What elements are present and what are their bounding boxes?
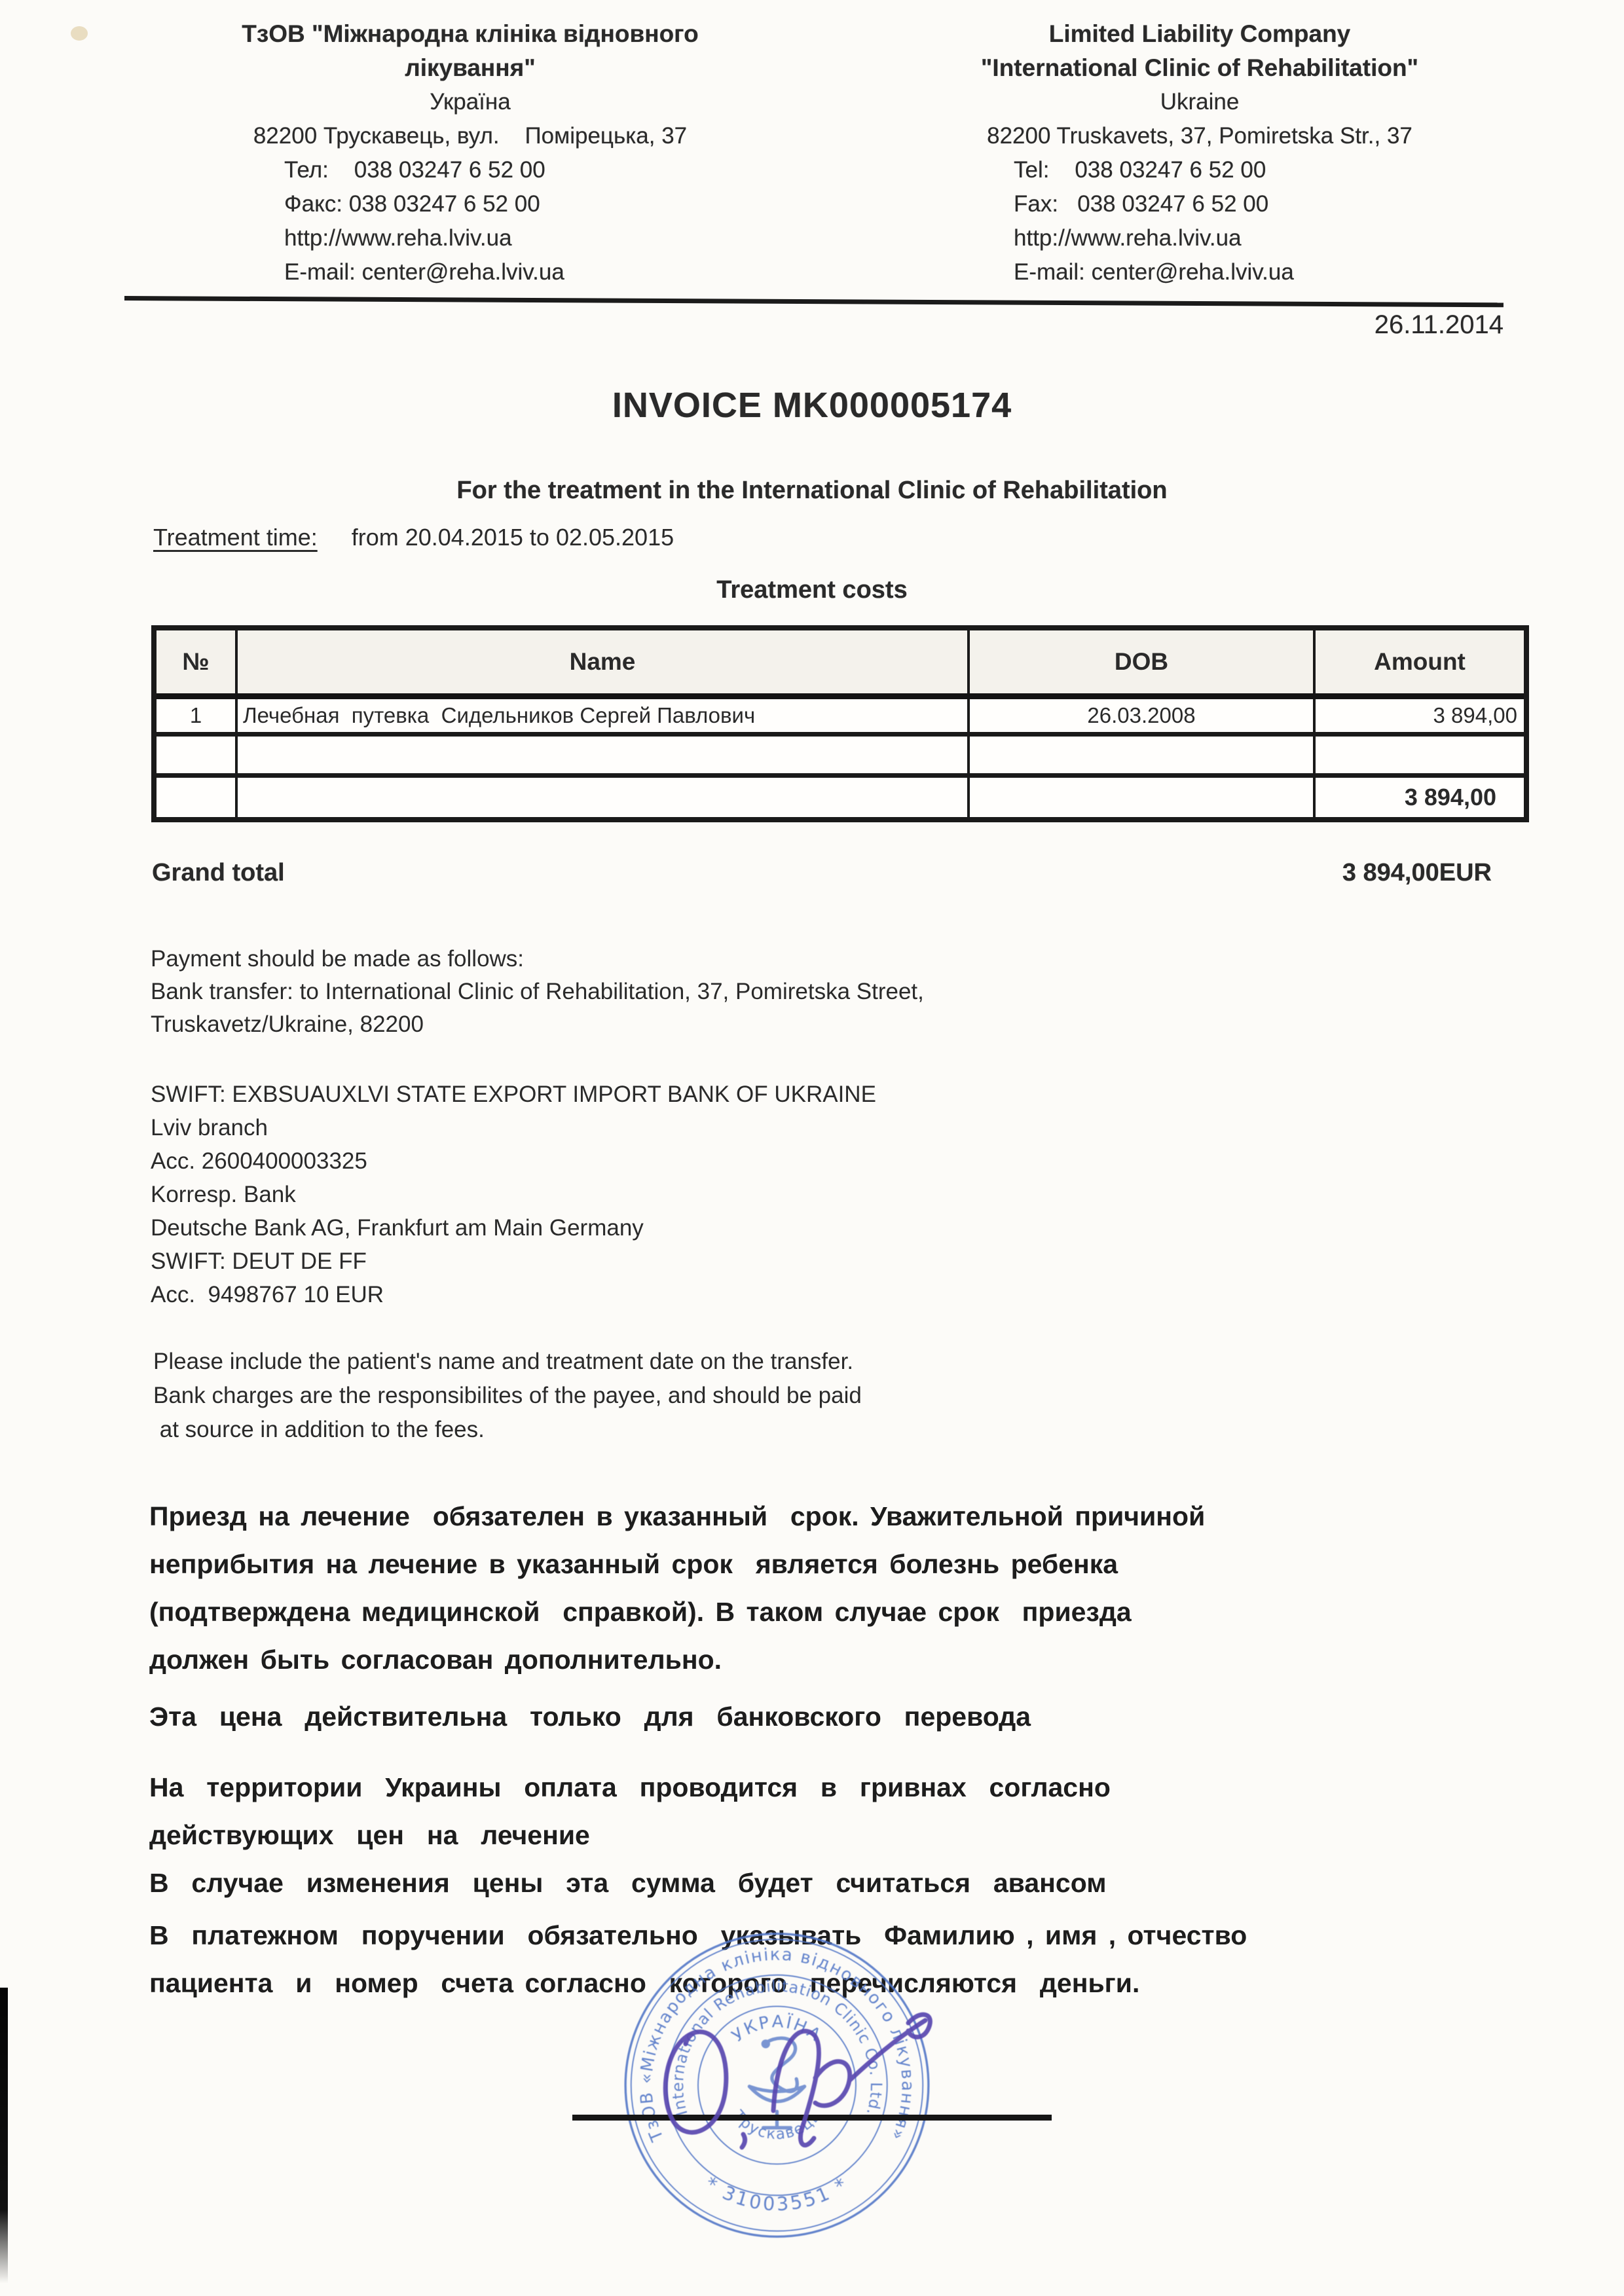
bank-detail-line: Acc. 9498767 10 EUR [151,1278,876,1311]
treatment-costs-caption: Treatment costs [0,576,1624,604]
col-header-name: Name [238,630,970,693]
terms-line: неприбытия на лечение в указанный срок я… [149,1540,1205,1588]
company-name-uk-line1: ТзОВ "Міжнародна клініка відновного [208,17,732,51]
header-divider [124,296,1504,307]
bank-detail-line: Lviv branch [151,1111,876,1144]
terms-paragraph-price: Эта цена действительна только для банков… [149,1693,1031,1741]
treatment-time-value: from 20.04.2015 to 02.05.2015 [352,524,674,551]
cell-amount [1316,737,1524,773]
bank-detail-line: SWIFT: DEUT DE FF [151,1245,876,1278]
phone-en: Tel: 038 03247 6 52 00 [1014,153,1294,187]
company-name-en-line1: Limited Liability Company [938,17,1462,51]
terms-paragraph-arrival: Приезд на лечение обязателен в указанный… [149,1493,1205,1684]
company-name-en-line2: "International Clinic of Rehabilitation" [938,51,1462,85]
table-row [157,737,1524,778]
cell-no [157,778,238,817]
website-en: http://www.reha.lviv.ua [1014,221,1294,255]
payment-line: Bank transfer: to International Clinic o… [151,975,924,1008]
terms-line: должен быть согласован дополнительно. [149,1636,1205,1684]
transfer-notes: Please include the patient's name and tr… [153,1345,862,1447]
cell-no: 1 [157,699,238,732]
treatment-costs-table: № Name DOB Amount 1 Лечебная путевка Сид… [151,625,1529,822]
scan-artifact-speck [71,26,88,41]
clinic-header-ukrainian: ТзОВ "Міжнародна клініка відновного ліку… [208,17,732,289]
scan-artifact-left-edge [0,1988,8,2284]
terms-paragraph-hryvnia: На территории Украины оплата проводится … [149,1764,1111,1859]
invoice-title: INVOICE MK000005174 [0,385,1624,426]
terms-line: На территории Украины оплата проводится … [149,1764,1111,1812]
terms-paragraph-advance: В случае изменения цены эта сумма будет … [149,1859,1107,1907]
bank-detail-line: SWIFT: EXBSUAUXLVI STATE EXPORT IMPORT B… [151,1078,876,1111]
terms-line: действующих цен на лечение [149,1812,1111,1859]
fax-en: Fax: 038 03247 6 52 00 [1014,187,1294,221]
payment-line: Truskavetz/Ukraine, 82200 [151,1008,924,1041]
company-name-uk-line2: лікування" [208,51,732,85]
terms-line: (подтверждена медицинской справкой). В т… [149,1588,1205,1636]
cell-name [238,778,970,817]
invoice-date: 26.11.2014 [1166,310,1504,340]
invoice-subtitle: For the treatment in the International C… [0,477,1624,505]
country-uk: Україна [208,85,732,119]
email-en: E-mail: center@reha.lviv.ua [1014,255,1294,289]
table-header-row: № Name DOB Amount [157,630,1524,699]
grand-total-label: Grand total [152,859,285,887]
fax-uk: Факс: 038 03247 6 52 00 [284,187,564,221]
cell-no [157,737,238,773]
note-line: Please include the patient's name and tr… [153,1345,862,1379]
treatment-time-label: Treatment time: [153,524,318,551]
grand-total-value: 3 894,00EUR [1153,859,1492,887]
bank-detail-line: Acc. 2600400003325 [151,1144,876,1178]
table-total-row: 3 894,00 [157,778,1524,817]
col-header-no: № [157,630,238,693]
note-line: Bank charges are the responsibilites of … [153,1379,862,1413]
address-uk: 82200 Трускавець, вул. Помірецька, 37 [208,119,732,153]
phone-uk: Тел: 038 03247 6 52 00 [284,153,564,187]
cell-dob: 26.03.2008 [970,699,1316,732]
note-line: at source in addition to the fees. [153,1413,862,1447]
bank-details: SWIFT: EXBSUAUXLVI STATE EXPORT IMPORT B… [151,1078,876,1311]
payment-line: Payment should be made as follows: [151,943,924,975]
website-uk: http://www.reha.lviv.ua [284,221,564,255]
address-en: 82200 Truskavets, 37, Pomiretska Str., 3… [938,119,1462,153]
cell-dob [970,778,1316,817]
cell-dob [970,737,1316,773]
col-header-dob: DOB [970,630,1316,693]
country-en: Ukraine [938,85,1462,119]
clinic-header-english: Limited Liability Company "International… [938,17,1462,289]
treatment-time-row: Treatment time:from 20.04.2015 to 02.05.… [153,524,674,551]
col-header-amount: Amount [1316,630,1524,693]
cell-name: Лечебная путевка Сидельников Сергей Павл… [238,699,970,732]
cell-amount: 3 894,00 [1316,699,1524,732]
email-uk: E-mail: center@reha.lviv.ua [284,255,564,289]
signature-icon [645,1998,959,2195]
table-row: 1 Лечебная путевка Сидельников Сергей Па… [157,699,1524,737]
cell-total-amount: 3 894,00 [1316,778,1524,817]
bank-detail-line: Deutsche Bank AG, Frankfurt am Main Germ… [151,1211,876,1245]
cell-name [238,737,970,773]
bank-detail-line: Korresp. Bank [151,1178,876,1211]
terms-line: Приезд на лечение обязателен в указанный… [149,1493,1205,1540]
payment-instructions: Payment should be made as follows: Bank … [151,943,924,1041]
scanned-invoice-page: ТзОВ "Міжнародна клініка відновного ліку… [0,0,1624,2296]
